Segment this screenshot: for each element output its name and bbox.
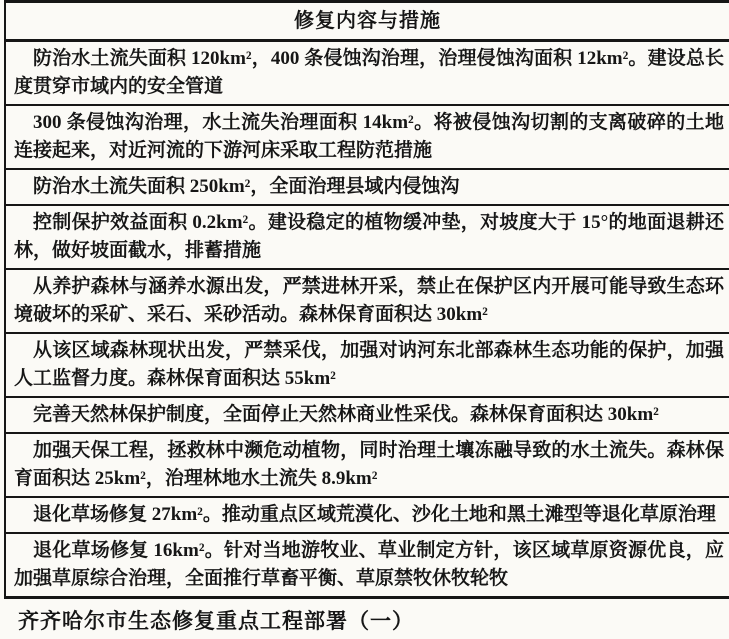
table-header: 修复内容与措施: [6, 3, 729, 42]
restoration-measures-table: 修复内容与措施 防治水土流失面积 120km²，400 条侵蚀沟治理，治理侵蚀沟…: [4, 0, 729, 599]
scanned-document-page: 修复内容与措施 防治水土流失面积 120km²，400 条侵蚀沟治理，治理侵蚀沟…: [0, 0, 729, 639]
table-row: 防治水土流失面积 120km²，400 条侵蚀沟治理，治理侵蚀沟面积 12km²…: [6, 42, 729, 106]
table-row: 退化草场修复 16km²。针对当地游牧业、草业制定方针，该区域草原资源优良，应加…: [6, 534, 729, 596]
table-row: 从养护森林与涵养水源出发，严禁进林开采，禁止在保护区内开展可能导致生态环境破坏的…: [6, 270, 729, 334]
table-row: 控制保护效益面积 0.2km²。建设稳定的植物缓冲垫，对坡度大于 15°的地面退…: [6, 206, 729, 270]
table-caption: 齐齐哈尔市生态修复重点工程部署（一）: [18, 608, 729, 634]
table-row: 加强天保工程，拯救林中濒危动植物，同时治理土壤冻融导致的水土流失。森林保育面积达…: [6, 434, 729, 498]
table-row: 退化草场修复 27km²。推动重点区域荒漠化、沙化土地和黑土滩型等退化草原治理: [6, 498, 729, 534]
table-row: 300 条侵蚀沟治理，水土流失治理面积 14km²。将被侵蚀沟切割的支离破碎的土…: [6, 106, 729, 170]
table-row: 从该区域森林现状出发，严禁采伐，加强对讷河东北部森林生态功能的保护，加强人工监督…: [6, 334, 729, 398]
table-row: 防治水土流失面积 250km²，全面治理县域内侵蚀沟: [6, 170, 729, 206]
table-row: 完善天然林保护制度，全面停止天然林商业性采伐。森林保育面积达 30km²: [6, 398, 729, 434]
